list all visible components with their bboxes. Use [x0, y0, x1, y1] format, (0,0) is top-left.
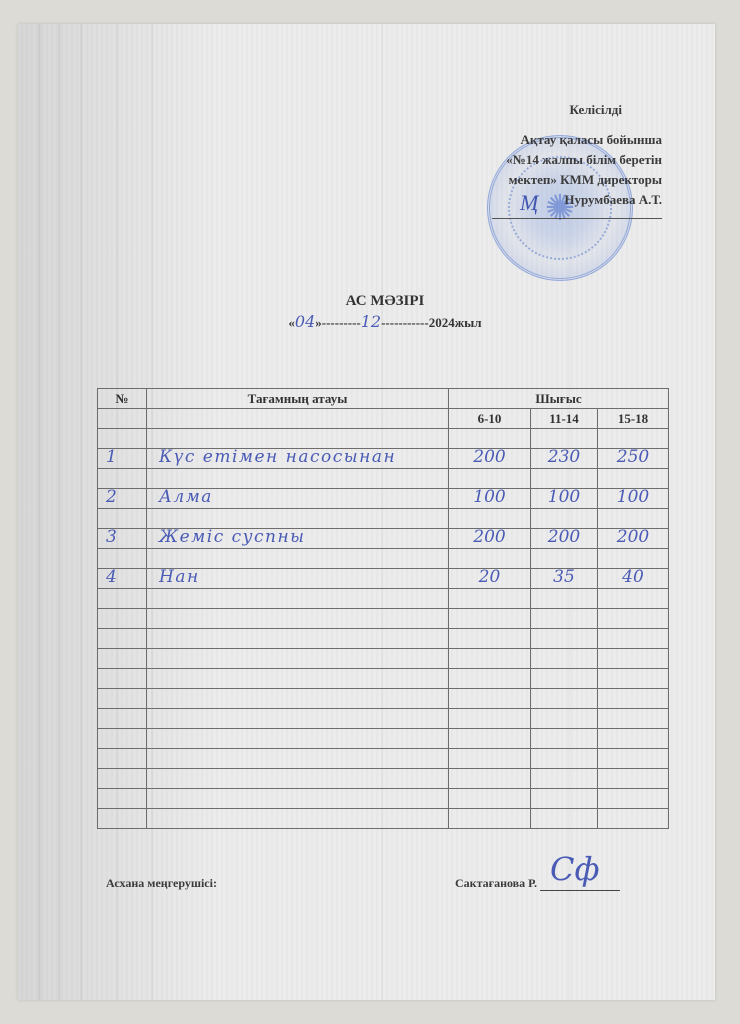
table-row: 4Нан203540: [98, 569, 669, 589]
cell-qty-11-14-value: 100: [531, 487, 597, 507]
cell-number: [98, 469, 147, 489]
table-row: [98, 689, 669, 709]
approval-heading: Келісілді: [492, 100, 622, 120]
cell-qty-6-10: [449, 549, 531, 569]
approval-line-1: Ақтау қаласы бойынша: [492, 130, 662, 150]
cell-qty-11-14: [531, 629, 598, 649]
cell-qty-15-18: [598, 669, 669, 689]
cell-qty-11-14: [531, 509, 598, 529]
table-row: [98, 729, 669, 749]
cell-number: [98, 769, 147, 789]
cell-qty-11-14-value: 200: [531, 527, 597, 547]
table-row: [98, 549, 669, 569]
date-dashes: -----------: [381, 315, 429, 330]
table-row: [98, 789, 669, 809]
title-block: АС МӘЗІРІ «04»---------12-----------2024…: [270, 293, 500, 331]
cell-qty-15-18-value: 100: [598, 487, 668, 507]
cell-dish-name: [147, 749, 449, 769]
cell-qty-15-18: 40: [598, 569, 669, 589]
cell-qty-11-14-value: 35: [531, 567, 597, 587]
cell-number: [98, 789, 147, 809]
cell-qty-6-10: [449, 609, 531, 629]
subheader-empty: [98, 409, 147, 429]
cell-number: [98, 749, 147, 769]
cell-qty-11-14: [531, 429, 598, 449]
cell-number: 4: [98, 569, 147, 589]
table-row: [98, 609, 669, 629]
cell-dish-name: Алма: [147, 489, 449, 509]
cell-qty-6-10: 20: [449, 569, 531, 589]
cell-qty-6-10: 200: [449, 449, 531, 469]
header-output: Шығыс: [449, 389, 669, 409]
cell-qty-11-14: [531, 709, 598, 729]
cell-qty-15-18: [598, 429, 669, 449]
cell-qty-15-18-value: 250: [598, 447, 668, 467]
cell-number: [98, 629, 147, 649]
cell-number: 3: [98, 529, 147, 549]
cell-number: 1: [98, 449, 147, 469]
approval-line-2: «№14 жалпы білім беретін: [492, 150, 662, 170]
cell-qty-6-10: [449, 769, 531, 789]
cell-qty-15-18: 100: [598, 489, 669, 509]
table-row: [98, 669, 669, 689]
subheader-empty: [147, 409, 449, 429]
cell-dish-name: [147, 649, 449, 669]
table-row: 3Жеміс суспны200200200: [98, 529, 669, 549]
cell-dish-name: [147, 469, 449, 489]
cell-qty-6-10-value: 200: [449, 527, 530, 547]
cell-qty-15-18: [598, 689, 669, 709]
date-year: 2024жыл: [429, 315, 482, 330]
manager-name: Сактағанова Р.: [455, 876, 537, 890]
cell-qty-15-18: [598, 549, 669, 569]
date-day: 04: [295, 312, 315, 331]
cell-dish-name: Жеміс суспны: [147, 529, 449, 549]
cell-dish-name-value: Жеміс суспны: [159, 527, 448, 547]
cell-qty-15-18: [598, 709, 669, 729]
date-month: 12: [361, 312, 381, 331]
cell-dish-name: [147, 769, 449, 789]
director-signature-line: [492, 210, 662, 219]
cell-qty-6-10: [449, 509, 531, 529]
director-name: Нурумбаева А.Т.: [492, 190, 662, 210]
cell-dish-name: Күс етімен насосынан: [147, 449, 449, 469]
table-row: [98, 429, 669, 449]
cell-number: [98, 689, 147, 709]
cell-qty-6-10: [449, 429, 531, 449]
header-number: №: [98, 389, 147, 409]
cell-qty-15-18: [598, 609, 669, 629]
cell-qty-11-14: [531, 609, 598, 629]
cell-number: [98, 649, 147, 669]
cell-qty-6-10: [449, 589, 531, 609]
cell-number-value: 3: [106, 527, 146, 547]
header-age-6-10: 6-10: [449, 409, 531, 429]
manager-signature-block: Сактағанова Р. Сф: [455, 876, 620, 891]
subheader-row: 6-10 11-14 15-18: [98, 409, 669, 429]
cell-qty-6-10: [449, 729, 531, 749]
cell-dish-name: [147, 709, 449, 729]
document-title: АС МӘЗІРІ: [270, 293, 500, 310]
cell-number: [98, 729, 147, 749]
table-row: [98, 589, 669, 609]
approval-line-3: мектеп» КММ директоры: [492, 170, 662, 190]
cell-qty-15-18: [598, 729, 669, 749]
table-row: [98, 809, 669, 829]
cell-qty-6-10: [449, 749, 531, 769]
table-row: [98, 749, 669, 769]
cell-qty-15-18: [598, 589, 669, 609]
cell-dish-name: [147, 589, 449, 609]
cell-qty-6-10: 200: [449, 529, 531, 549]
cell-qty-6-10: [449, 649, 531, 669]
menu-table: № Тағамның атауы Шығыс 6-10 11-14 15-18 …: [97, 388, 669, 829]
cell-number: [98, 609, 147, 629]
cell-qty-15-18-value: 200: [598, 527, 668, 547]
header-age-15-18: 15-18: [598, 409, 669, 429]
cell-qty-6-10: [449, 789, 531, 809]
cell-qty-11-14: [531, 769, 598, 789]
table-row: [98, 469, 669, 489]
cell-qty-15-18: [598, 769, 669, 789]
cell-qty-6-10: [449, 669, 531, 689]
cell-qty-11-14: [531, 549, 598, 569]
canteen-manager-label: Асхана меңгерушісі:: [106, 876, 217, 891]
cell-qty-11-14-value: 230: [531, 447, 597, 467]
cell-dish-name: [147, 429, 449, 449]
cell-qty-6-10-value: 100: [449, 487, 530, 507]
cell-qty-15-18-value: 40: [598, 567, 668, 587]
table-row: [98, 769, 669, 789]
cell-dish-name: [147, 689, 449, 709]
cell-dish-name: [147, 549, 449, 569]
cell-qty-11-14: 100: [531, 489, 598, 509]
cell-qty-15-18: [598, 629, 669, 649]
cell-qty-15-18: 250: [598, 449, 669, 469]
cell-dish-name: [147, 809, 449, 829]
cell-qty-11-14: [531, 729, 598, 749]
cell-qty-11-14: [531, 469, 598, 489]
cell-qty-15-18: [598, 469, 669, 489]
cell-qty-11-14: 35: [531, 569, 598, 589]
table-row: [98, 629, 669, 649]
menu-table-body: 1Күс етімен насосынан2002302502Алма10010…: [98, 429, 669, 829]
cell-qty-15-18: [598, 649, 669, 669]
cell-dish-name: [147, 629, 449, 649]
cell-qty-6-10: [449, 469, 531, 489]
cell-qty-6-10: [449, 709, 531, 729]
cell-number: [98, 509, 147, 529]
table-row: 1Күс етімен насосынан200230250: [98, 449, 669, 469]
cell-dish-name-value: Алма: [159, 487, 448, 507]
cell-qty-11-14: [531, 809, 598, 829]
cell-qty-6-10: [449, 809, 531, 829]
cell-qty-11-14: 230: [531, 449, 598, 469]
header-dish-name: Тағамның атауы: [147, 389, 449, 409]
cell-number-value: 4: [106, 567, 146, 587]
cell-number: [98, 669, 147, 689]
cell-qty-6-10-value: 20: [449, 567, 530, 587]
cell-dish-name: [147, 509, 449, 529]
cell-qty-11-14: [531, 689, 598, 709]
cell-dish-name: [147, 789, 449, 809]
cell-number: [98, 809, 147, 829]
cell-qty-11-14: [531, 749, 598, 769]
cell-dish-name: [147, 669, 449, 689]
cell-dish-name: [147, 729, 449, 749]
cell-qty-6-10: [449, 629, 531, 649]
cell-number: [98, 549, 147, 569]
cell-qty-15-18: [598, 509, 669, 529]
header-age-11-14: 11-14: [531, 409, 598, 429]
cell-qty-15-18: 200: [598, 529, 669, 549]
cell-qty-11-14: [531, 589, 598, 609]
cell-number: [98, 429, 147, 449]
manager-signature: Сф: [550, 850, 600, 888]
table-row: 2Алма100100100: [98, 489, 669, 509]
cell-qty-11-14: [531, 789, 598, 809]
cell-number: [98, 709, 147, 729]
header-row: № Тағамның атауы Шығыс: [98, 389, 669, 409]
cell-dish-name-value: Нан: [159, 567, 448, 587]
cell-number-value: 1: [106, 447, 146, 467]
date-dashes: ---------: [322, 315, 361, 330]
cell-qty-15-18: [598, 749, 669, 769]
approval-block: Келісілді Ақтау қаласы бойынша «№14 жалп…: [492, 100, 662, 219]
cell-qty-6-10-value: 200: [449, 447, 530, 467]
cell-number-value: 2: [106, 487, 146, 507]
cell-qty-6-10: [449, 689, 531, 709]
cell-qty-11-14: [531, 649, 598, 669]
manager-signature-line: Сф: [540, 878, 620, 891]
cell-qty-11-14: 200: [531, 529, 598, 549]
cell-dish-name: [147, 609, 449, 629]
cell-qty-15-18: [598, 789, 669, 809]
table-row: [98, 709, 669, 729]
document-date: «04»---------12-----------2024жыл: [270, 312, 500, 331]
cell-dish-name-value: Күс етімен насосынан: [159, 447, 448, 467]
table-row: [98, 649, 669, 669]
cell-dish-name: Нан: [147, 569, 449, 589]
cell-qty-15-18: [598, 809, 669, 829]
table-row: [98, 509, 669, 529]
cell-number: 2: [98, 489, 147, 509]
cell-qty-6-10: 100: [449, 489, 531, 509]
cell-number: [98, 589, 147, 609]
cell-qty-11-14: [531, 669, 598, 689]
